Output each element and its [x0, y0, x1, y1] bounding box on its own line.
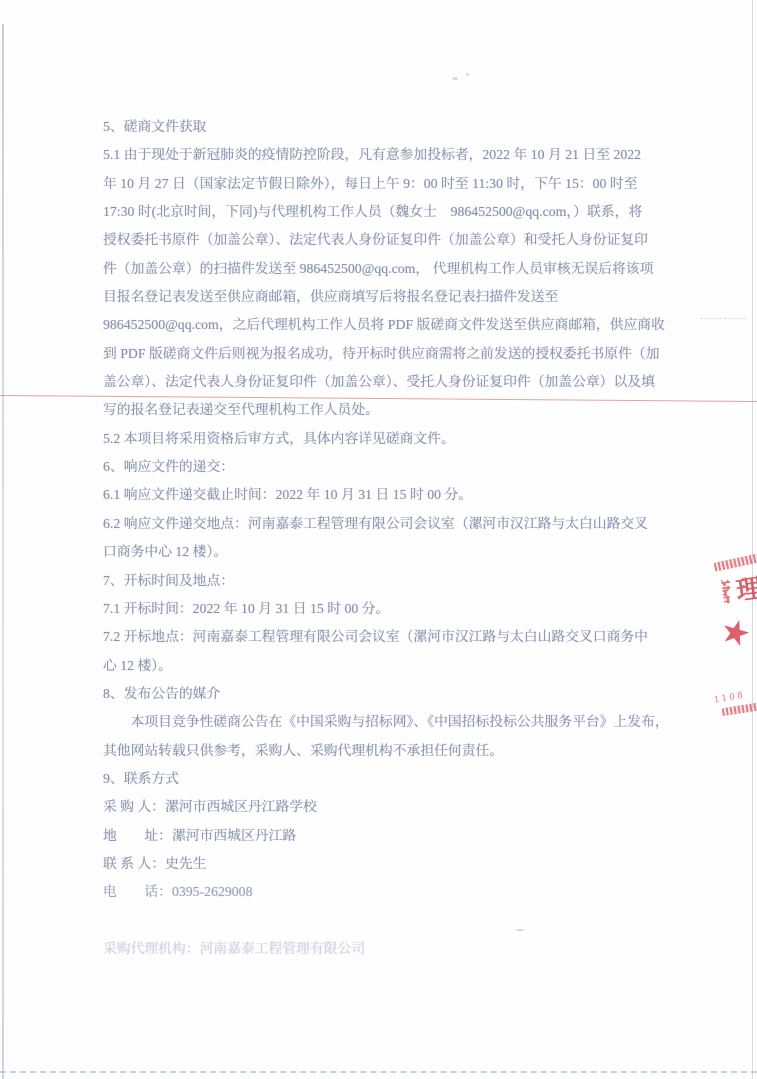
scan-dash-artifact	[700, 318, 746, 319]
doc-line: 口商务中心 12 楼）。	[103, 538, 659, 566]
blank-line	[103, 907, 659, 935]
doc-line: 本项目竞争性磋商公告在《中国采购与招标网》、《中国招标投标公共服务平台》上发布，	[103, 708, 659, 736]
section-heading-8: 8、发布公告的媒介	[103, 680, 659, 708]
doc-line: 6.2 响应文件递交地点：河南嘉泰工程管理有限公司会议室（漯河市汉江路与太白山路…	[103, 510, 659, 538]
doc-line: 到 PDF 版磋商文件后则视为报名成功，待开标时供应商需将之前发送的授权委托书原…	[103, 340, 659, 368]
contact-person-line: 联 系 人：史先生	[103, 850, 659, 878]
scan-bottom-dotted-line	[0, 1071, 757, 1073]
seal-bottom-band	[722, 702, 757, 716]
section-heading-6: 6、响应文件的递交：	[103, 453, 659, 481]
seal-serial-digits: 1108	[713, 689, 746, 705]
section-heading-9: 9、联系方式	[103, 765, 659, 793]
seal-char: 理	[734, 573, 757, 606]
section-heading-5: 5、磋商文件获取	[103, 113, 659, 141]
doc-line: 6.1 响应文件递交截止时间：2022 年 10 月 31 日 15 时 00 …	[103, 481, 659, 509]
doc-line: 写的报名登记表递交至代理机构工作人员处。	[103, 396, 659, 424]
doc-line: 5.1 由于现处于新冠肺炎的疫情防控阶段，凡有意参加投标者，2022 年 10 …	[103, 141, 659, 169]
seal-characters: 管理	[704, 567, 757, 612]
doc-line: 盖公章）、法定代表人身份证复印件（加盖公章）、受托人身份证复印件（加盖公章）以及…	[103, 368, 659, 396]
scan-right-edge-line	[752, 0, 753, 1079]
doc-line: 986452500@qq.com，之后代理机构工作人员将 PDF 版磋商文件发送…	[103, 311, 659, 339]
scan-speck	[466, 73, 469, 76]
scan-left-edge-line	[2, 24, 4, 1079]
doc-line: 其他网站转载只供参考，采购人、采购代理机构不承担任何责任。	[103, 737, 659, 765]
purchaser-line: 采 购 人：漯河市西城区丹江路学校	[103, 793, 659, 821]
scanned-page: 5、磋商文件获取 5.1 由于现处于新冠肺炎的疫情防控阶段，凡有意参加投标者，2…	[0, 0, 757, 1079]
red-star-icon: ★	[716, 613, 755, 654]
address-line: 地 址：漯河市西城区丹江路	[103, 822, 659, 850]
doc-line: 年 10 月 27 日（国家法定节假日除外），每日上午 9：00 时至 11:3…	[103, 170, 659, 198]
doc-line: 授权委托书原件（加盖公章）、法定代表人身份证复印件（加盖公章）和受托人身份证复印	[103, 226, 659, 254]
doc-line: 心 12 楼）。	[103, 652, 659, 680]
official-seal-fragment: 管理 ★ 1108	[700, 545, 757, 720]
agency-line: 采购代理机构：河南嘉泰工程管理有限公司	[103, 935, 659, 963]
section-heading-7: 7、开标时间及地点：	[103, 567, 659, 595]
doc-line: 5.2 本项目将采用资格后审方式，具体内容详见磋商文件。	[103, 425, 659, 453]
doc-line: 7.2 开标地点：河南嘉泰工程管理有限公司会议室（漯河市汉江路与太白山路交叉口商…	[103, 623, 659, 651]
seal-char-partial: 管	[704, 571, 739, 612]
doc-line: 17:30 时(北京时间，下同)与代理机构工作人员（魏女士 986452500@…	[103, 198, 659, 226]
doc-line: 件（加盖公章）的扫描件发送至 986452500@qq.com， 代理机构工作人…	[103, 255, 659, 283]
scan-speck	[452, 77, 458, 80]
document-body: 5、磋商文件获取 5.1 由于现处于新冠肺炎的疫情防控阶段，凡有意参加投标者，2…	[103, 113, 659, 963]
doc-line: 目报名登记表发送至供应商邮箱，供应商填写后将报名登记表扫描件发送至	[103, 283, 659, 311]
doc-line: 7.1 开标时间：2022 年 10 月 31 日 15 时 00 分。	[103, 595, 659, 623]
phone-line: 电 话：0395-2629008	[103, 878, 659, 906]
